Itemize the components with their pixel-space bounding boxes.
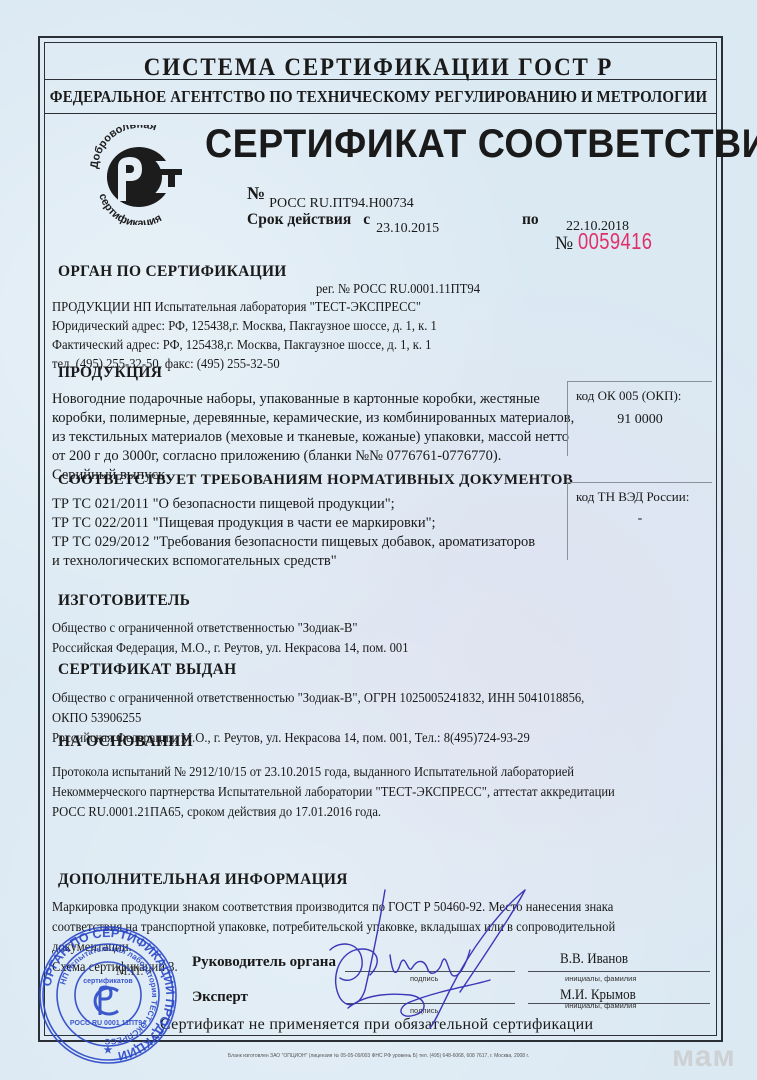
cert-body-line: ПРОДУКЦИИ НП Испытательная лаборатория "… bbox=[52, 298, 437, 317]
rst-logo-icon: Добровольная сертификация bbox=[84, 125, 194, 225]
section-title-issued-to: СЕРТИФИКАТ ВЫДАН bbox=[58, 661, 237, 679]
header-divider-bottom bbox=[44, 113, 717, 114]
validity-period: Срок действия с 23.10.2015 bbox=[247, 211, 439, 229]
certificate-title: СЕРТИФИКАТ СООТВЕТСТВИЯ bbox=[205, 122, 757, 167]
issued-to-line: Общество с ограниченной ответственностью… bbox=[52, 689, 584, 709]
blank-number-value: 0059416 bbox=[578, 228, 652, 255]
printing-info: Бланк изготовлен ЗАО "ОПЦИОН" (лицензия … bbox=[0, 1053, 757, 1059]
okp-code-label: код ОК 005 (ОКП): bbox=[568, 382, 712, 404]
section-title-compliance: СООТВЕТСТВУЕТ ТРЕБОВАНИЯМ НОРМАТИВНЫХ ДО… bbox=[58, 472, 573, 489]
compliance-line: и технологических вспомогательных средст… bbox=[52, 552, 535, 571]
blank-number-sign: № bbox=[555, 233, 573, 254]
validity-from-label: с bbox=[363, 211, 370, 228]
certificate-number-value: РОСС RU.ПТ94.Н00734 bbox=[269, 196, 414, 211]
issued-to-line: ОКПО 53906255 bbox=[52, 709, 584, 729]
manufacturer-line: Российская Федерация, М.О., г. Реутов, у… bbox=[52, 639, 408, 659]
cert-body-details: ПРОДУКЦИИ НП Испытательная лаборатория "… bbox=[52, 298, 437, 374]
validity-label: Срок действия bbox=[247, 211, 351, 228]
product-line: от 200 г до 3000г, согласно приложению (… bbox=[52, 447, 574, 466]
cert-body-reg-number: рег. № РОСС RU.0001.11ПТ94 bbox=[316, 280, 480, 299]
manufacturer-details: Общество с ограниченной ответственностью… bbox=[52, 619, 408, 659]
expert-name-caption: инициалы, фамилия bbox=[565, 1001, 636, 1010]
certificate-number: № РОСС RU.ПТ94.Н00734 bbox=[247, 183, 414, 204]
basis-details: Протокола испытаний № 2912/10/15 от 23.1… bbox=[52, 763, 615, 823]
cert-body-line: Юридический адрес: РФ, 125438,г. Москва,… bbox=[52, 317, 437, 336]
agency-name: ФЕДЕРАЛЬНОЕ АГЕНТСТВО ПО ТЕХНИЧЕСКОМУ РЕ… bbox=[38, 87, 719, 107]
section-title-basis: НА ОСНОВАНИИ bbox=[58, 733, 193, 751]
basis-line: Протокола испытаний № 2912/10/15 от 23.1… bbox=[52, 763, 615, 783]
compliance-documents: ТР ТС 021/2011 "О безопасности пищевой п… bbox=[52, 495, 535, 571]
number-sign: № bbox=[247, 183, 265, 203]
tnved-code-box: код ТН ВЭД России: - bbox=[567, 482, 712, 560]
svg-text:НП Испытательная лаборатория Т: НП Испытательная лаборатория ТЕСТ-ЭКСПРЕ… bbox=[58, 944, 159, 1046]
manufacturer-line: Общество с ограниченной ответственностью… bbox=[52, 619, 408, 639]
head-name-line bbox=[528, 971, 710, 972]
expert-label: Эксперт bbox=[192, 989, 248, 1006]
blank-number: № 0059416 bbox=[555, 228, 671, 255]
section-title-manufacturer: ИЗГОТОВИТЕЛЬ bbox=[58, 592, 190, 610]
okp-code-value: 91 0000 bbox=[568, 404, 712, 428]
product-line: из текстильных материалов (меховые и тка… bbox=[52, 428, 574, 447]
compliance-line: ТР ТС 021/2011 "О безопасности пищевой п… bbox=[52, 495, 535, 514]
tnved-code-value: - bbox=[568, 505, 712, 527]
handwritten-signature-icon bbox=[300, 880, 530, 1030]
compliance-line: ТР ТС 022/2011 "Пищевая продукция в част… bbox=[52, 514, 535, 533]
compliance-line: ТР ТС 029/2012 "Требования безопасности … bbox=[52, 533, 535, 552]
watermark: мам bbox=[672, 1040, 736, 1074]
head-name-caption: инициалы, фамилия bbox=[565, 974, 636, 983]
validity-to-label: по bbox=[522, 211, 539, 229]
valid-from-date: 23.10.2015 bbox=[376, 221, 439, 236]
okp-code-box: код ОК 005 (ОКП): 91 0000 bbox=[567, 381, 712, 456]
basis-line: Некоммерческого партнерства Испытательно… bbox=[52, 783, 615, 803]
system-title: СИСТЕМА СЕРТИФИКАЦИИ ГОСТ Р bbox=[30, 54, 726, 82]
svg-text:М.П.: М.П. bbox=[116, 963, 143, 978]
section-title-product: ПРОДУКЦИЯ bbox=[58, 364, 162, 382]
product-line: Новогодние подарочные наборы, упакованны… bbox=[52, 390, 574, 409]
product-description: Новогодние подарочные наборы, упакованны… bbox=[52, 390, 574, 485]
seal-stamp-icon: ОРГАН ПО СЕРТИФИКАЦИИ ПРОДУКЦИИ НП Испыт… bbox=[38, 925, 178, 1065]
svg-text:РОСС RU 0001 11ПТ94: РОСС RU 0001 11ПТ94 bbox=[70, 1020, 146, 1027]
svg-text:сертификатов: сертификатов bbox=[83, 978, 133, 985]
tnved-code-label: код ТН ВЭД России: bbox=[568, 483, 712, 505]
section-title-cert-body: ОРГАН ПО СЕРТИФИКАЦИИ bbox=[58, 263, 287, 281]
product-line: коробки, полимерные, деревянные, керамич… bbox=[52, 409, 574, 428]
head-name: В.В. Иванов bbox=[560, 951, 628, 968]
basis-line: РОСС RU.0001.21ПА65, сроком действия до … bbox=[52, 803, 615, 823]
cert-body-line: Фактический адрес: РФ, 125438,г. Москва,… bbox=[52, 336, 437, 355]
